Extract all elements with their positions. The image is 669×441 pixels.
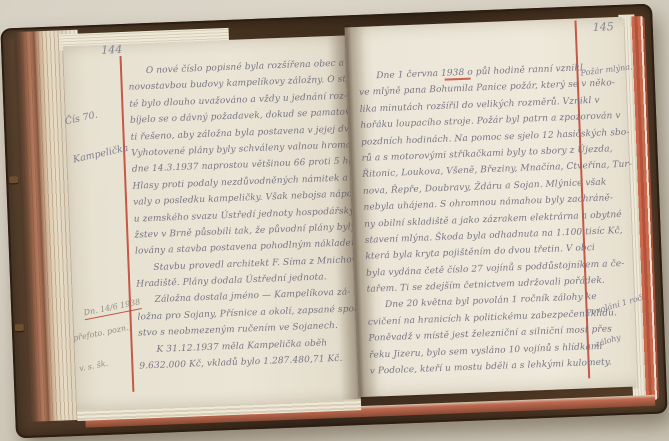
left-page: 144 Čís 70. Kampelička Dn. 14/6 1938 pře… bbox=[63, 35, 359, 410]
margin-note-kampelicka: Čís 70. Kampelička bbox=[58, 78, 135, 192]
handwriting-right: Dne 1 června 1938 o půl hodině ranní vzn… bbox=[358, 61, 588, 381]
clasp-remnant-top bbox=[9, 176, 18, 183]
margin-note-line: Kampelička bbox=[72, 142, 130, 167]
open-book: 144 Čís 70. Kampelička Dn. 14/6 1938 pře… bbox=[0, 4, 667, 439]
left-page-number: 144 bbox=[101, 44, 122, 57]
pencil-note-line: přefoto. pozn., bbox=[72, 319, 145, 343]
right-page: 145 Požár mlýna. Povolání 1 roč. zálohy … bbox=[345, 17, 637, 397]
pencil-note-line-underlined: Dn. 14/6 1938 bbox=[83, 297, 142, 320]
right-page-number: 145 bbox=[593, 21, 614, 34]
handwriting-left: O nové číslo popisné byla rozšířena obec… bbox=[128, 56, 352, 375]
margin-note-line: Čís 70. bbox=[64, 104, 122, 129]
clasp-remnant-bottom bbox=[15, 324, 24, 331]
